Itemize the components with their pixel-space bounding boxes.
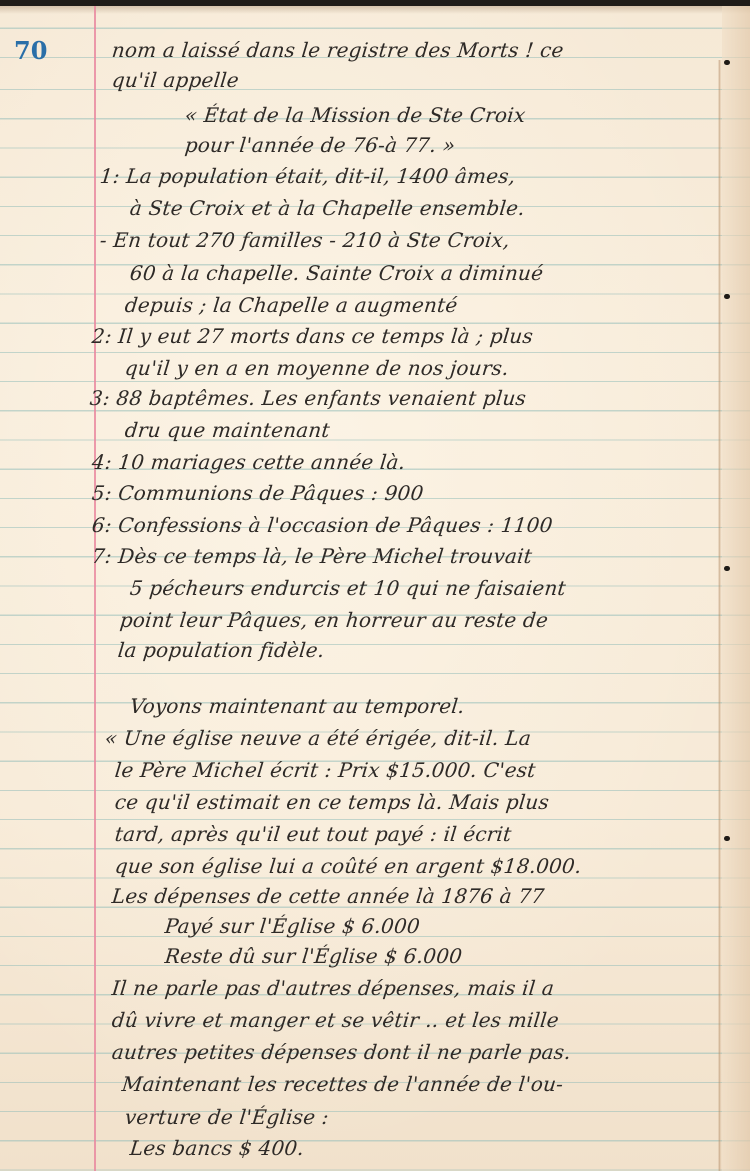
text-line: point leur Pâques, en horreur au reste d… [119, 608, 550, 632]
text-line: le Père Michel écrit : Prix $15.000. C'e… [114, 758, 537, 782]
handwritten-text: nom a laissé dans le registre des Morts … [0, 0, 750, 1171]
text-line: Les dépenses de cette année là 1876 à 77 [111, 884, 546, 908]
ledger-page: 70 nom a laissé dans le registre des Mor… [0, 0, 750, 1171]
text-line: dru que maintenant [124, 418, 331, 442]
expense-entry: Reste dû sur l'Église $ 6.000 [164, 944, 464, 968]
text-line: autres petites dépenses dont il ne parle… [111, 1040, 572, 1064]
text-line: Maintenant les recettes de l'année de l'… [121, 1072, 565, 1096]
text-line: nom a laissé dans le registre des Morts … [111, 38, 565, 62]
numbered-item: 3: 88 baptêmes. Les enfants venaient plu… [89, 386, 528, 410]
text-line: dû vivre et manger et se vêtir .. et les… [111, 1008, 560, 1032]
text-line: - En tout 270 familles - 210 à Ste Croix… [99, 228, 511, 252]
numbered-item: 4: 10 mariages cette année là. [91, 450, 407, 474]
section-heading: Voyons maintenant au temporel. [129, 694, 466, 718]
text-line: à Ste Croix et à la Chapelle ensemble. [129, 196, 526, 220]
text-line: tard, après qu'il eut tout payé : il écr… [114, 822, 513, 846]
expense-entry: Payé sur l'Église $ 6.000 [164, 914, 421, 938]
text-line: « État de la Mission de Ste Croix [184, 103, 527, 127]
numbered-item: 5: Communions de Pâques : 900 [91, 481, 425, 505]
text-line: Il ne parle pas d'autres dépenses, mais … [111, 976, 556, 1000]
text-line: que son église lui a coûté en argent $18… [114, 854, 583, 878]
text-line: qu'il y en a en moyenne de nos jours. [124, 356, 510, 380]
text-line: la population fidèle. [117, 638, 326, 662]
text-line: « Une église neuve a été érigée, dit-il.… [104, 726, 533, 750]
text-line: pour l'année de 76-à 77. » [184, 133, 457, 157]
income-entry: Les bancs $ 400. [129, 1136, 306, 1160]
text-line: qu'il appelle [111, 68, 240, 92]
text-line: 5 pécheurs endurcis et 10 qui ne faisaie… [129, 576, 567, 600]
text-line: depuis ; la Chapelle a augmenté [124, 293, 459, 317]
numbered-item: 1: La population était, dit-il, 1400 âme… [99, 164, 517, 188]
numbered-item: 2: Il y eut 27 morts dans ce temps là ; … [91, 324, 535, 348]
numbered-item: 7: Dès ce temps là, le Père Michel trouv… [91, 544, 534, 568]
text-line: 60 à la chapelle. Sainte Croix a diminué [129, 261, 545, 285]
text-line: ce qu'il estimait en ce temps là. Mais p… [114, 790, 551, 814]
numbered-item: 6: Confessions à l'occasion de Pâques : … [91, 513, 554, 537]
text-line: verture de l'Église : [124, 1105, 330, 1129]
